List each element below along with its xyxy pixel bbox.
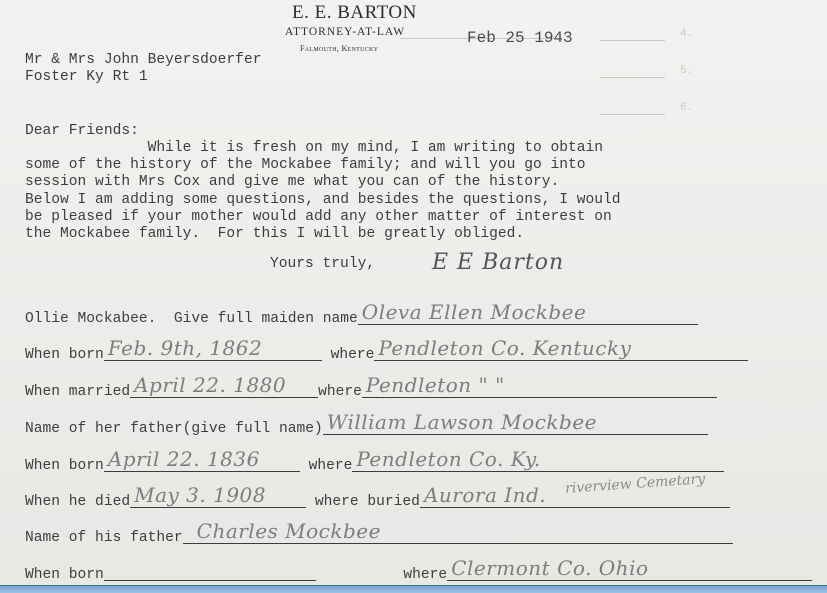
body-line: Below I am adding some questions, and be… (25, 192, 621, 208)
handwritten-answer: Pendleton Co. Ky. (356, 447, 541, 471)
letter-page: 4. 5. 6. E. E. BARTON ATTORNEY-AT-LAW Fa… (0, 0, 827, 585)
letterhead-name: E. E. BARTON (292, 2, 417, 24)
answer-field[interactable]: Clermont Co. Ohio (447, 558, 812, 581)
body-line: the Mockabee family. For this I will be … (25, 226, 524, 242)
handwritten-answer: William Lawson Mockbee (327, 410, 597, 434)
handwritten-answer: Feb. 9th, 1862 (108, 336, 262, 360)
question-maiden-name: Ollie Mockabee. Give full maiden name Ol… (25, 303, 698, 327)
question-father-died: When he died May 3. 1908 where buried Au… (25, 486, 730, 510)
question-grandfather-born: When born where Clermont Co. Ohio (25, 559, 812, 583)
question-label: Name of his father (25, 530, 183, 546)
question-married: When married April 22. 1880 where Pendle… (25, 376, 717, 400)
question-father-name: Name of her father(give full name) Willi… (25, 413, 708, 437)
answer-field[interactable]: April 22. 1836 (104, 449, 300, 472)
answer-field[interactable]: Charles Mockbee (183, 521, 733, 544)
handwritten-answer: April 22. 1836 (108, 447, 260, 471)
body-line: some of the history of the Mockabee fami… (25, 157, 586, 173)
question-label: Ollie Mockabee. Give full maiden name (25, 311, 358, 327)
bleed-mark: 6. (680, 102, 693, 114)
handwritten-answer: Pendleton Co. Kentucky (378, 336, 631, 360)
letterhead-title: ATTORNEY-AT-LAW (285, 26, 405, 38)
bleed-mark: 5. (680, 65, 693, 77)
signature: E E Barton (432, 250, 564, 275)
question-grandfather-name: Name of his father Charles Mockbee (25, 522, 733, 546)
answer-field[interactable]: May 3. 1908 (130, 485, 306, 508)
question-label: When born (25, 567, 104, 583)
question-label: where (316, 567, 447, 583)
handwritten-answer: Aurora Ind. (424, 483, 546, 507)
bleed-line (600, 114, 665, 115)
bleed-line (600, 77, 665, 78)
body-line: be pleased if your mother would add any … (25, 209, 612, 225)
question-label: Name of her father(give full name) (25, 421, 323, 437)
recipient-location: Foster Ky Rt 1 (25, 69, 148, 85)
handwritten-answer: Pendleton " " (366, 373, 505, 397)
answer-field[interactable]: William Lawson Mockbee (323, 412, 708, 435)
letterhead-city: Falmouth, Kentucky (300, 44, 378, 53)
question-label: When married (25, 384, 130, 400)
question-label: When born (25, 347, 104, 363)
answer-field[interactable]: Aurora Ind. (420, 485, 730, 508)
body-line: While it is fresh on my mind, I am writi… (25, 140, 603, 156)
bleed-mark: 4. (680, 28, 693, 40)
recipient-name: Mr & Mrs John Beyersdoerfer (25, 52, 261, 68)
answer-field[interactable]: Oleva Ellen Mockbee (358, 302, 698, 325)
handwritten-answer: May 3. 1908 (134, 483, 266, 507)
question-label: When he died (25, 494, 130, 510)
handwritten-answer: Charles Mockbee (197, 519, 381, 543)
body-line: session with Mrs Cox and give me what yo… (25, 174, 559, 190)
closing: Yours truly, (270, 256, 375, 273)
question-label: When born (25, 458, 104, 474)
letter-date: Feb 25 1943 (467, 29, 573, 47)
answer-field[interactable]: Feb. 9th, 1862 (104, 338, 322, 361)
answer-field[interactable]: April 22. 1880 (130, 375, 318, 398)
handwritten-answer: April 22. 1880 (134, 373, 286, 397)
answer-field[interactable]: Pendleton Co. Ky. (352, 449, 724, 472)
recipient-address: Mr & Mrs John Beyersdoerfer Foster Ky Rt… (25, 52, 261, 86)
answer-field[interactable] (104, 558, 316, 581)
question-label: where (300, 458, 353, 474)
window-bottom-edge (0, 585, 827, 593)
question-father-born: When born April 22. 1836 where Pendleton… (25, 450, 724, 474)
bleed-line (600, 40, 665, 41)
handwritten-answer: Oleva Ellen Mockbee (362, 300, 587, 324)
question-label: where (322, 347, 375, 363)
salutation: Dear Friends: (25, 123, 139, 140)
letter-body: While it is fresh on my mind, I am writi… (25, 140, 621, 243)
question-born: When born Feb. 9th, 1862 where Pendleton… (25, 339, 748, 363)
question-label: where buried (306, 494, 420, 510)
answer-field[interactable]: Pendleton Co. Kentucky (374, 338, 748, 361)
handwritten-answer: Clermont Co. Ohio (451, 556, 648, 580)
answer-field[interactable]: Pendleton " " (362, 375, 717, 398)
question-label: where (318, 384, 362, 400)
